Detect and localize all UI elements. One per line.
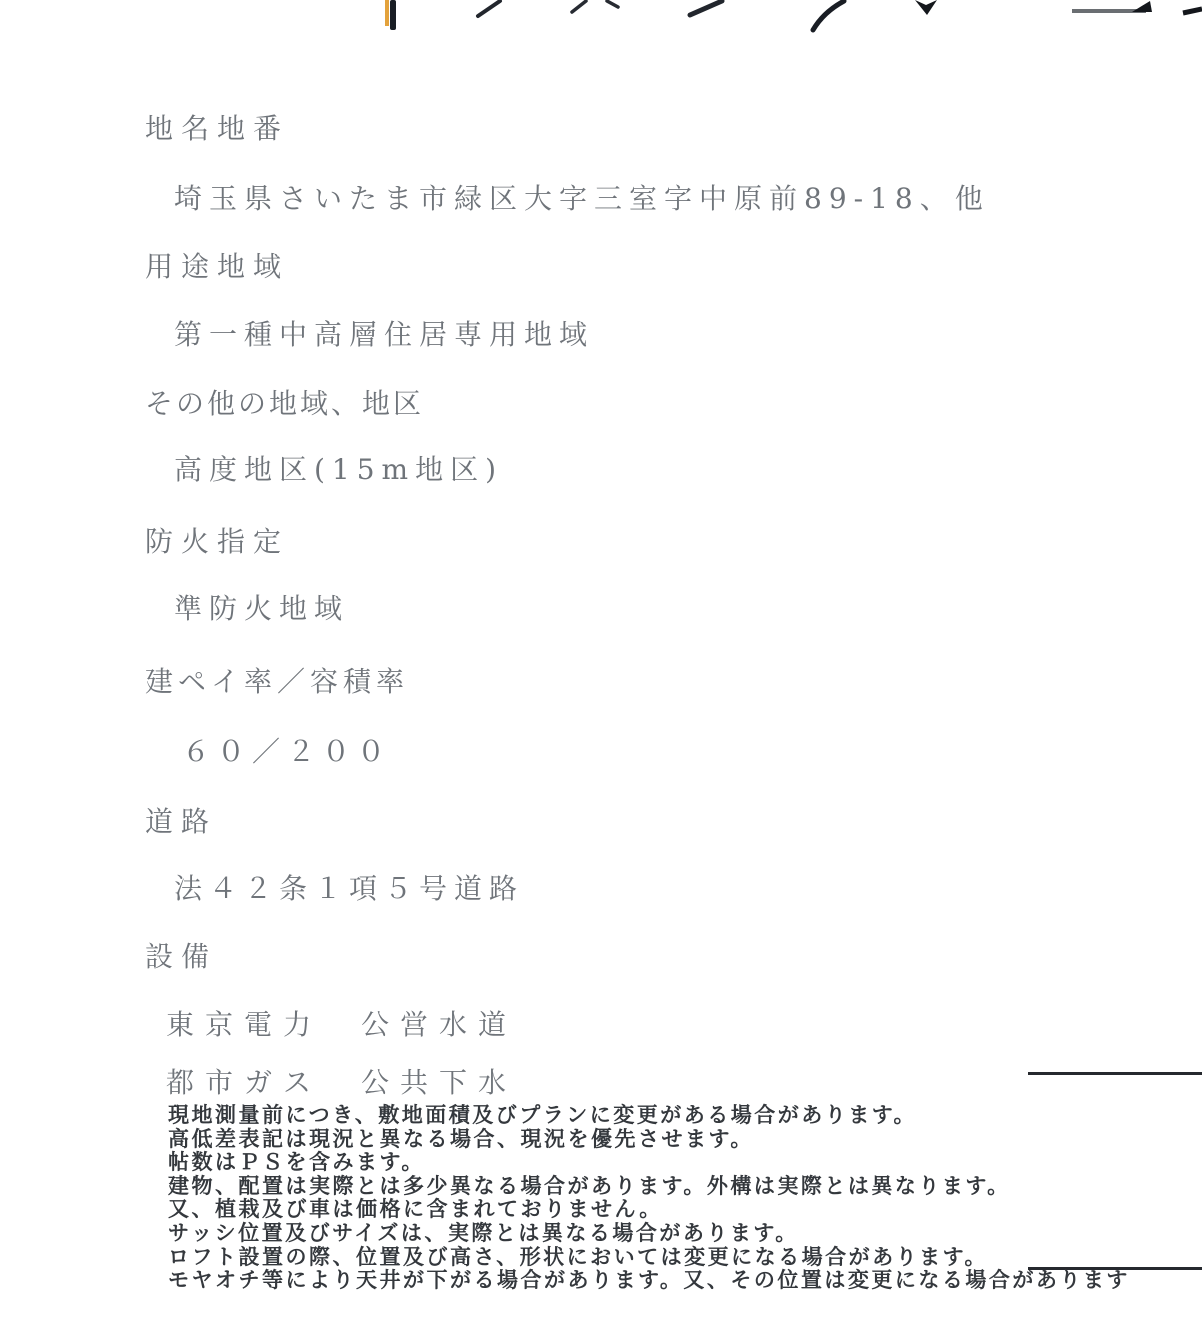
field-value-fire-designation: 準防火地域	[174, 592, 349, 626]
field-label-coverage-ratio: 建ペイ率／容積率	[145, 665, 409, 699]
field-value-other-district: 高度地区(15m地区)	[174, 453, 503, 487]
disclaimer-line-5: 又、植栽及び車は価格に含まれておりません。	[168, 1198, 663, 1221]
headline-slash-stroke	[690, 1, 722, 15]
headline-vertical-stroke	[390, 0, 396, 30]
field-label-utilities: 設備	[145, 940, 217, 974]
headline-slash-stroke	[478, 1, 500, 16]
headline-accent-stroke	[385, 0, 389, 26]
right-rule-top	[1028, 1072, 1202, 1075]
cropped-headline-stroke-fragments	[0, 0, 1202, 42]
disclaimer-line-7: ロフト設置の際、位置及び高さ、形状においては変更になる場合があります。	[168, 1246, 988, 1269]
disclaimer-line-1: 現地測量前につき、敷地面積及びプランに変更がある場合があります。	[168, 1104, 917, 1127]
field-label-other-district: その他の地域、地区	[145, 387, 424, 421]
disclaimer-line-8: モヤオチ等により天井が下がる場合があります。又、その位置は変更になる場合がありま…	[168, 1269, 1130, 1292]
headline-slash-stroke	[813, 1, 844, 30]
field-label-road: 道路	[145, 805, 217, 839]
disclaimer-line-2: 高低差表記は現況と異なる場合、現況を優先させます。	[168, 1128, 754, 1151]
headline-heart-bottom	[915, 0, 937, 15]
headline-triangle-tip	[1132, 1, 1152, 12]
field-value-utilities-1: 東京電力 公営水道	[166, 1008, 517, 1042]
field-value-lot-address: 埼玉県さいたま市緑区大字三室字中原前89-18、他	[174, 182, 990, 216]
disclaimer-line-3: 帖数はＰＳを含みます。	[168, 1151, 425, 1174]
disclaimer-line-4: 建物、配置は実際とは多少異なる場合があります。外構は実際とは異なります。	[168, 1175, 1011, 1198]
field-label-lot-address: 地名地番	[145, 112, 289, 146]
field-label-fire-designation: 防火指定	[145, 525, 289, 559]
field-value-coverage-ratio: ６０／２００	[182, 735, 392, 769]
field-value-utilities-2: 都市ガス 公共下水	[166, 1066, 517, 1100]
field-value-road: 法４２条１項５号道路	[174, 872, 524, 906]
disclaimer-line-6: サッシ位置及びサイズは、実際とは異なる場合があります。	[168, 1222, 799, 1245]
headline-edge-stroke	[1183, 9, 1202, 13]
headline-tick-stroke	[607, 1, 618, 7]
headline-slash-stroke	[572, 1, 586, 12]
field-label-zoning: 用途地域	[145, 250, 289, 284]
field-value-zoning: 第一種中高層住居専用地域	[174, 318, 594, 352]
scanned-property-flyer-page: { "page": { "kind": "scanned real-estate…	[0, 0, 1202, 1318]
